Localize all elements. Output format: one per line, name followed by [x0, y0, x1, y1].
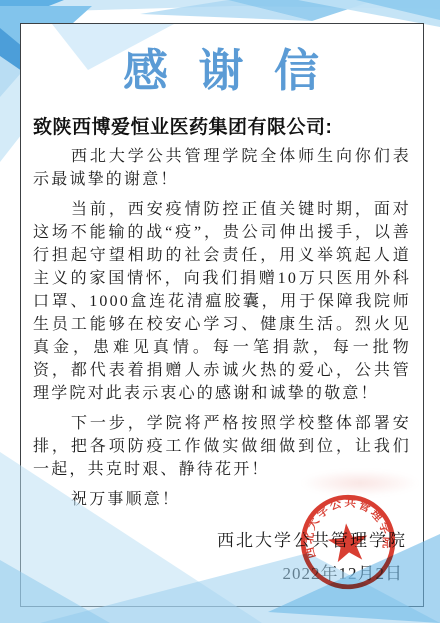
signature: 西北大学公共管理学院 [33, 526, 411, 551]
letter-paper: 感 谢 信 致陕西博爱恒业医药集团有限公司: 西北大学公共管理学院全体师生向你们… [20, 23, 424, 607]
salutation: 致陕西博爱恒业医药集团有限公司: [33, 112, 411, 139]
letter-body: 西北大学公共管理学院全体师生向你们表示最诚挚的谢意！ 当前，西安疫情防控正值关键… [33, 145, 411, 511]
closing-wish: 祝万事顺意！ [33, 488, 411, 511]
letter-title: 感 谢 信 [33, 47, 411, 96]
paragraph-3: 下一步，学院将严格按照学校整体部署安排，把各项防疫工作做实做细做到位，让我们一起… [33, 412, 411, 481]
signature-block: 西北大学公共管理学院 2022年12月2日 [33, 526, 411, 584]
paragraph-2: 当前，西安疫情防控正值关键时期，面对这场不能输的战“疫”，贵公司伸出援手，以善行… [33, 198, 411, 405]
letter-date: 2022年12月2日 [33, 559, 411, 584]
page-background: 感 谢 信 致陕西博爱恒业医药集团有限公司: 西北大学公共管理学院全体师生向你们… [0, 0, 440, 623]
paragraph-1: 西北大学公共管理学院全体师生向你们表示最诚挚的谢意！ [33, 145, 411, 191]
